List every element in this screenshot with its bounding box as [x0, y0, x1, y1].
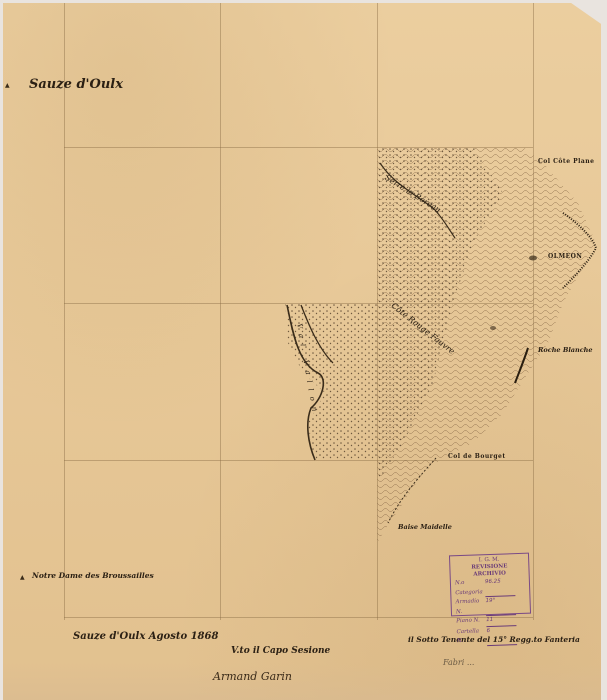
page-number: 4 [588, 8, 594, 18]
map-sheet: ▲ Sauze d'Oulx Col Côte Plane OLMEON Roc… [3, 3, 601, 700]
stamp-value: 96.25 [485, 577, 516, 597]
stamp-label: Armadio N. [455, 597, 486, 617]
place-label: Col de Bourget [448, 453, 506, 460]
stamp-label: Cartella N. [456, 627, 487, 647]
stamp-row: Armadio N.19° [455, 596, 526, 617]
stamp-value: 6 [486, 626, 517, 646]
triangulation-point-icon: ▲ [20, 574, 25, 581]
place-title-sauze: Sauze d'Oulx [29, 77, 123, 92]
place-date: Sauze d'Oulx Agosto 1868 [73, 631, 218, 642]
place-label: Roche Blanche [538, 346, 593, 354]
place-label: Notre Dame des Broussailles [32, 571, 154, 580]
place-label: OLMEON [548, 253, 582, 260]
signature-left: Armand Garin [213, 670, 292, 683]
triangulation-point-icon: ▲ [5, 82, 10, 89]
signature-right: Fabri ... [443, 658, 474, 667]
stamp-label: N.o Categoria [455, 578, 486, 598]
approval-text: V.to il Capo Sesione [231, 646, 330, 656]
stamp-value: 19° [485, 596, 516, 616]
stamp-row: N.o Categoria96.25 [455, 577, 526, 598]
stamp-row: Cartella N.6 [456, 625, 527, 646]
place-label: Baise Maidelle [398, 523, 452, 531]
place-label: Col Côte Plane [538, 158, 594, 165]
archive-stamp: I. G. M. REVISIONE ARCHIVIO N.o Categori… [449, 553, 531, 617]
